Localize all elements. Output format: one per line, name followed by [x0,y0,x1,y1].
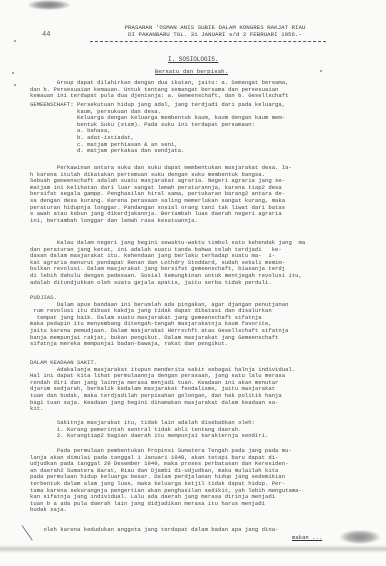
section-subtitle: Bersatu dan berpisah. [155,68,228,75]
speck [12,72,14,74]
paragraph-sumatera-tengah: Pada permulaan pembentukan Propinsi Suma… [30,448,360,514]
heading-line-1: PRASARAN 'OSMAN ANIS SUBIE DALAM KONGRES… [90,24,340,31]
speck [320,70,322,72]
scanned-document-page: 44 PRASARAN 'OSMAN ANIS SUBIE DALAM KONG… [0,0,386,566]
heading-underline-rule [90,41,326,44]
page-fold-edge [0,545,386,553]
paragraph-pudjias: PUDJIAS. Dalam apus bandaan ini berumlah… [30,295,360,348]
page-number-mark: 44 [42,31,50,39]
speck [14,40,16,42]
paragraph-keadaan-sakit: DALAM KEADAAN SAKIT. Adakalanja masjarak… [30,360,360,413]
section-title: I. SOSIOLOGIS. [168,56,218,63]
paragraph-agraria: Perkawinan antara suku dan suku dapat me… [30,165,360,224]
paragraph-closing: oleh karena kedudukan anggota jang terda… [30,527,360,534]
ink-stain [340,530,380,544]
continuation-marker: makan ... [292,534,322,541]
paragraph-gemeenschaft: GEMEENSCHAFT: Persekutuan hidup jang ada… [30,102,360,155]
paragraph-sebab-sakit: Sakitnja masjarakat itu, tidak lain adal… [30,420,360,440]
heading-line-2: DI PAKANBARU TGL. 31 JANUARI s/d 2 FEBRU… [90,31,340,38]
paragraph-intro: Group dapat dilahirkan dengan dua ikatan… [30,80,360,100]
document-heading: PRASARAN 'OSMAN ANIS SUBIE DALAM KONGRES… [90,24,340,38]
ink-smudge [28,0,70,10]
speck [14,84,16,86]
paragraph-revolusi: Kalau dalam negeri jang begini sewaktu-w… [30,240,360,286]
